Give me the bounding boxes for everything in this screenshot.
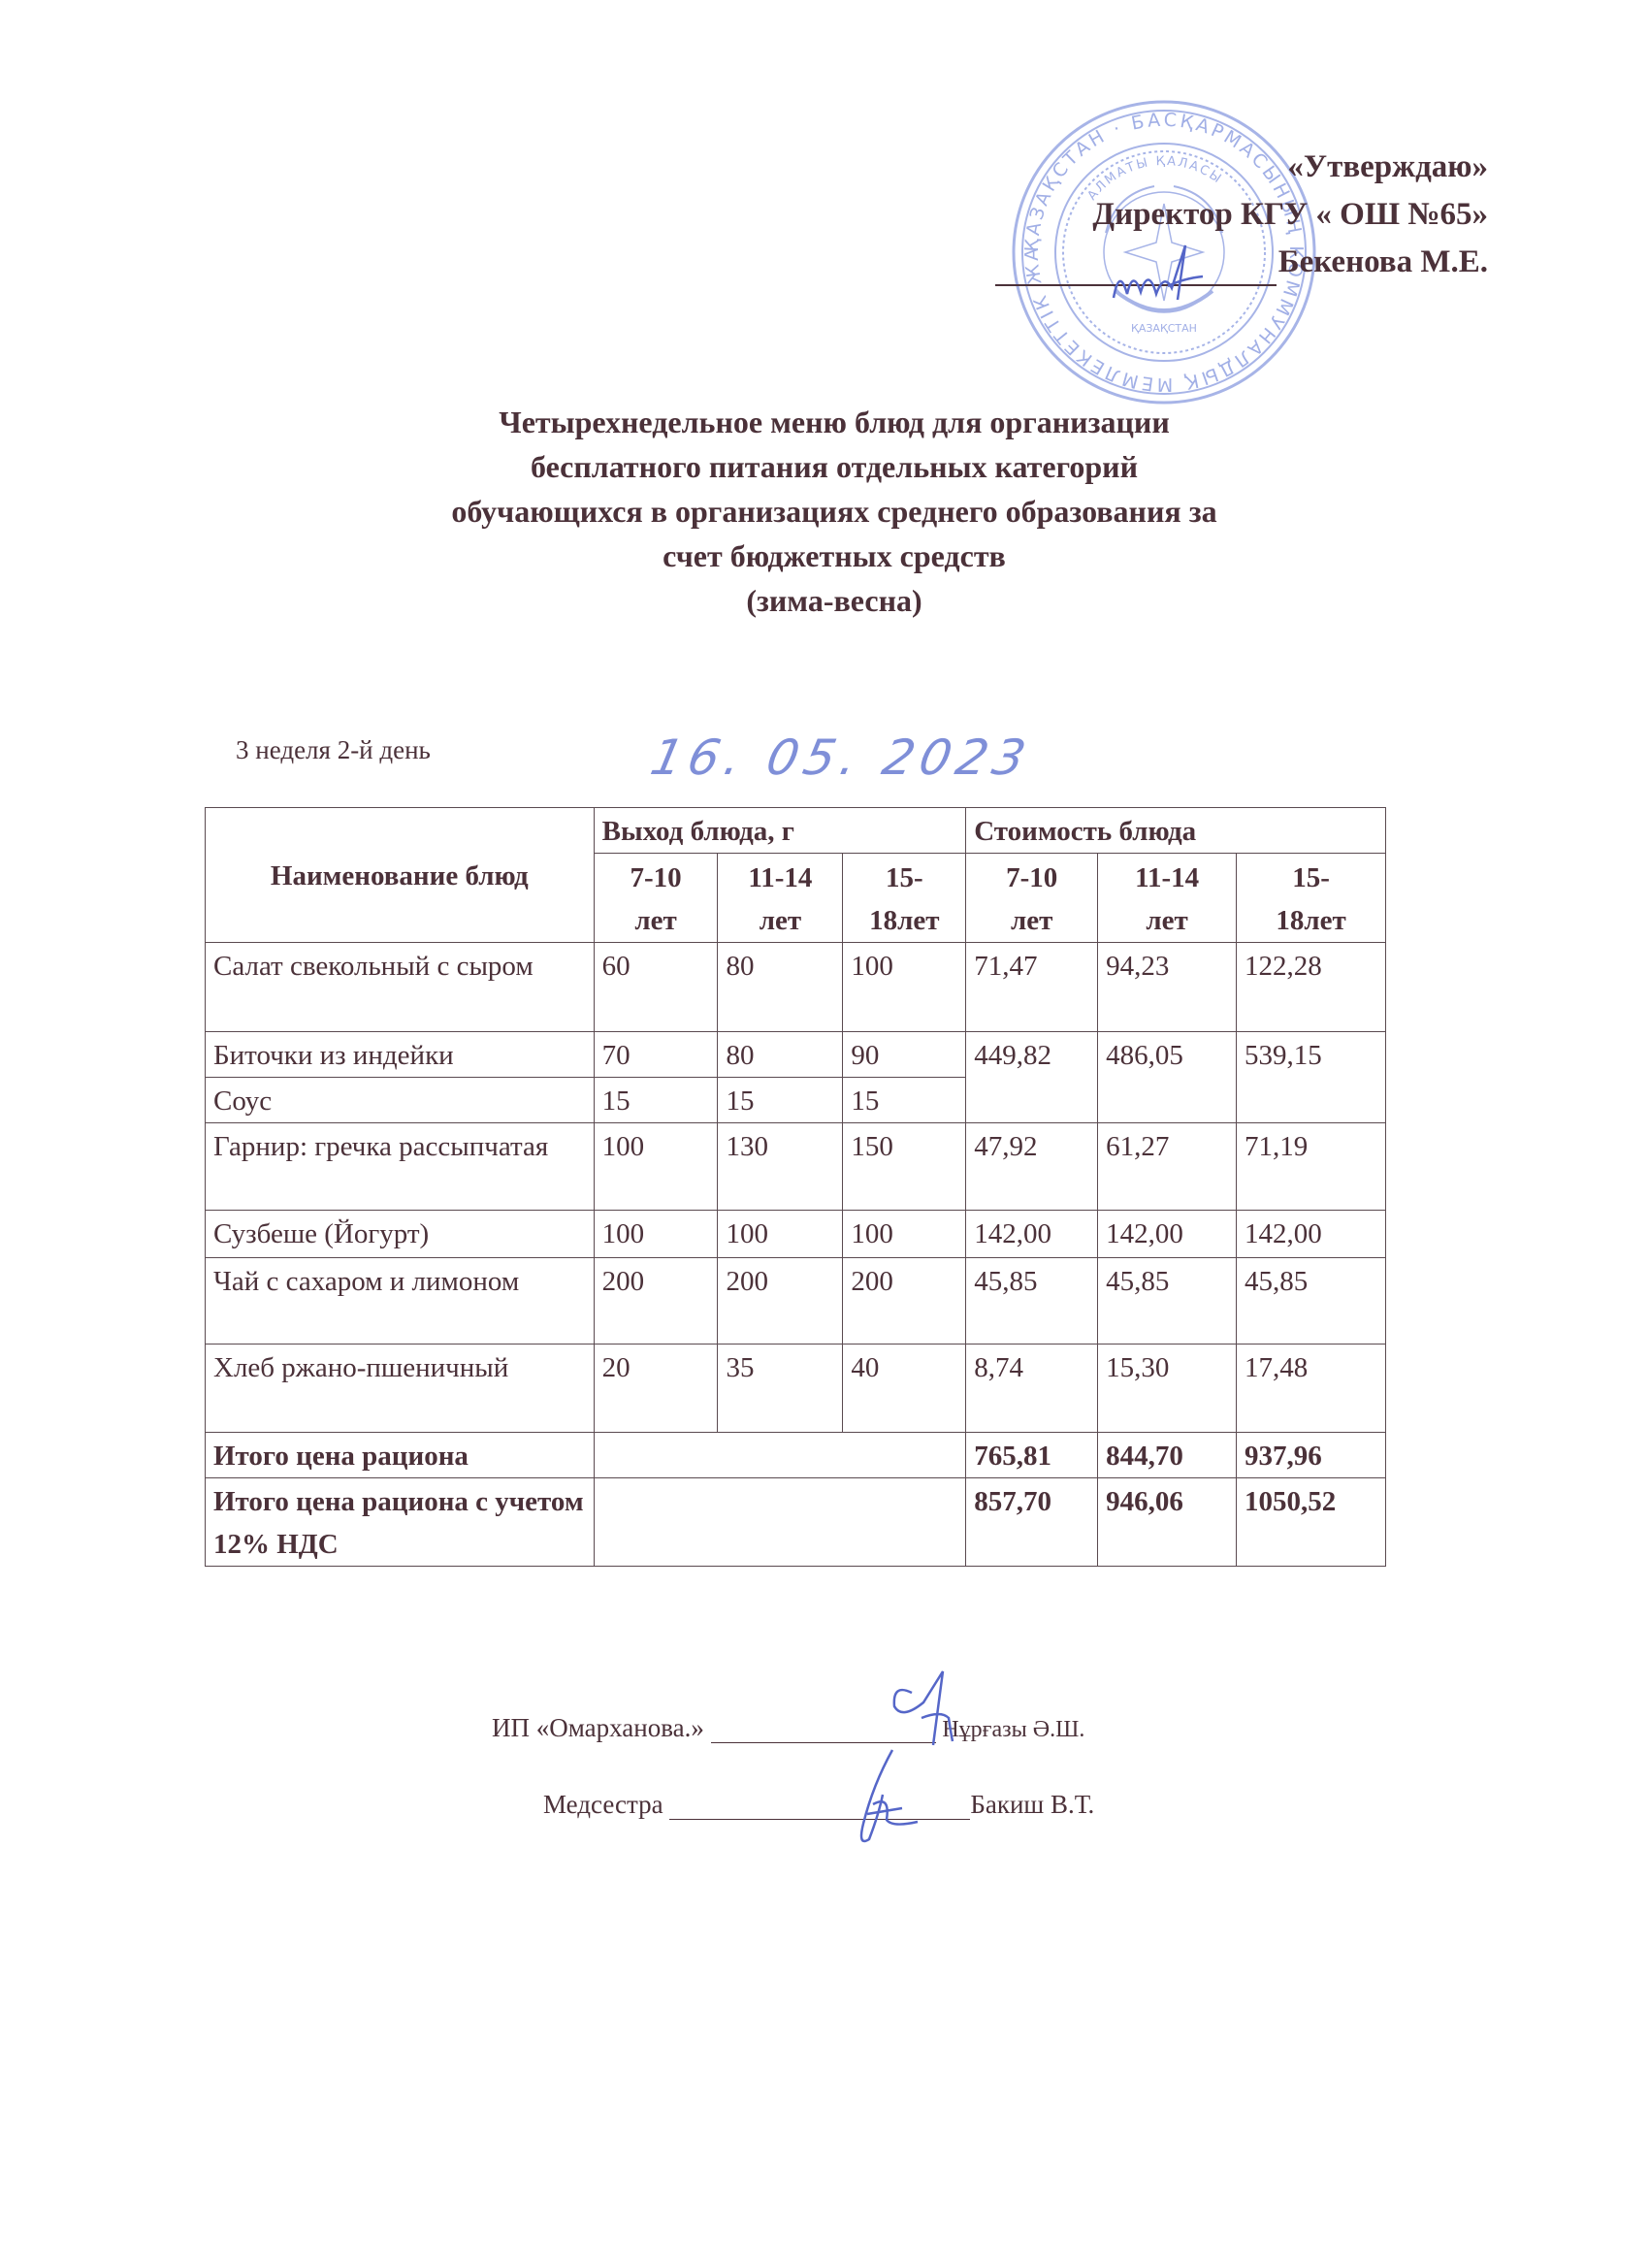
yield-cell: 150 [843,1123,966,1211]
cost-cell: 486,05 [1098,1032,1237,1123]
yield-cell: 15 [718,1078,843,1123]
nurse-signature-icon [824,1746,931,1853]
cost-cell: 142,00 [1237,1211,1386,1258]
header-age-yield-15-18: 15-18лет [843,854,966,943]
header-age-cost-15-18: 15-18лет [1237,854,1386,943]
cost-cell: 71,19 [1237,1123,1386,1211]
approval-signer-line: Бекенова М.Е. [995,239,1488,286]
week-day-label: 3 неделя 2-й день [236,735,431,765]
title-line: обучающихся в организациях среднего обра… [291,489,1377,534]
header-yield: Выход блюда, г [594,808,966,854]
cost-cell: 45,85 [1098,1258,1237,1345]
yield-cell: 40 [843,1345,966,1433]
yield-cell: 100 [843,1211,966,1258]
yield-cell: 60 [594,943,718,1032]
cost-cell: 15,30 [1098,1345,1237,1433]
dish-name: Хлеб ржано-пшеничный [206,1345,595,1433]
dish-name: Чай с сахаром и лимоном [206,1258,595,1345]
yield-cell: 100 [594,1211,718,1258]
stamp-center-text: ҚАЗАҚСТАН [1131,322,1197,335]
total-cost-cell: 937,96 [1237,1433,1386,1478]
total-vat-label: Итого цена рациона с учетом 12% НДС [206,1478,595,1567]
cost-cell: 539,15 [1237,1032,1386,1123]
menu-table: Наименование блюд Выход блюда, г Стоимос… [205,807,1386,1567]
title-line: (зима-весна) [291,578,1377,623]
cost-cell: 142,00 [966,1211,1098,1258]
yield-cell: 90 [843,1032,966,1078]
total-vat-cost-cell: 1050,52 [1237,1478,1386,1567]
nurse-name: Бакиш В.Т. [970,1790,1094,1819]
table-row: Сузбеше (Йогурт) 100 100 100 142,00 142,… [206,1211,1386,1258]
total-row: Итого цена рациона 765,81 844,70 937,96 [206,1433,1386,1478]
approval-heading: «Утверждаю» [995,144,1488,191]
yield-cell: 200 [718,1258,843,1345]
cost-cell: 61,27 [1098,1123,1237,1211]
title-line: Четырехнедельное меню блюд для организац… [291,400,1377,444]
yield-cell: 200 [594,1258,718,1345]
table-row: Гарнир: гречка рассыпчатая 100 130 150 4… [206,1123,1386,1211]
cost-cell: 71,47 [966,943,1098,1032]
supplier-signature-row: ИП «Омарханова.» Нұрғазы Ә.Ш. [492,1713,1084,1743]
approval-block: «Утверждаю» Директор КГУ « ОШ №65» Бекен… [995,144,1488,286]
yield-cell: 15 [594,1078,718,1123]
cost-cell: 17,48 [1237,1345,1386,1433]
director-signature-icon [1106,238,1222,315]
cost-cell: 142,00 [1098,1211,1237,1258]
total-cost-cell: 765,81 [966,1433,1098,1478]
cost-cell: 449,82 [966,1032,1098,1123]
total-vat-cost-cell: 946,06 [1098,1478,1237,1567]
supplier-signature-icon [873,1664,980,1751]
table-row: Чай с сахаром и лимоном 200 200 200 45,8… [206,1258,1386,1345]
title-line: счет бюджетных средств [291,534,1377,578]
yield-cell: 80 [718,1032,843,1078]
approval-position: Директор КГУ « ОШ №65» [995,191,1488,239]
dish-name: Сузбеше (Йогурт) [206,1211,595,1258]
total-vat-cost-cell: 857,70 [966,1478,1098,1567]
cost-cell: 45,85 [1237,1258,1386,1345]
header-age-cost-11-14: 11-14лет [1098,854,1237,943]
cost-cell: 94,23 [1098,943,1237,1032]
yield-cell: 130 [718,1123,843,1211]
yield-cell: 35 [718,1345,843,1433]
cost-cell: 47,92 [966,1123,1098,1211]
total-cost-cell: 844,70 [1098,1433,1237,1478]
header-age-yield-11-14: 11-14лет [718,854,843,943]
header-dish-name: Наименование блюд [206,808,595,943]
yield-cell: 20 [594,1345,718,1433]
yield-cell: 200 [843,1258,966,1345]
dish-name: Соус [206,1078,595,1123]
yield-cell: 70 [594,1032,718,1078]
document-title: Четырехнедельное меню блюд для организац… [291,400,1377,623]
cost-cell: 8,74 [966,1345,1098,1433]
yield-cell: 100 [843,943,966,1032]
total-vat-empty-cell [594,1478,966,1567]
yield-cell: 100 [594,1123,718,1211]
handwritten-date: 16. 05. 2023 [646,729,1036,786]
yield-cell: 80 [718,943,843,1032]
total-vat-row: Итого цена рациона с учетом 12% НДС 857,… [206,1478,1386,1567]
cost-cell: 122,28 [1237,943,1386,1032]
cost-cell: 45,85 [966,1258,1098,1345]
header-age-cost-7-10: 7-10лет [966,854,1098,943]
header-age-yield-7-10: 7-10лет [594,854,718,943]
total-label: Итого цена рациона [206,1433,595,1478]
yield-cell: 100 [718,1211,843,1258]
dish-name: Биточки из индейки [206,1032,595,1078]
dish-name: Салат свекольный с сыром [206,943,595,1032]
header-cost: Стоимость блюда [966,808,1386,854]
nurse-signature-row: Медсестра Бакиш В.Т. [543,1790,1094,1820]
supplier-role: ИП «Омарханова.» [492,1713,704,1742]
title-line: бесплатного питания отдельных категорий [291,444,1377,489]
table-row: Хлеб ржано-пшеничный 20 35 40 8,74 15,30… [206,1345,1386,1433]
table-row: Салат свекольный с сыром 60 80 100 71,47… [206,943,1386,1032]
dish-name: Гарнир: гречка рассыпчатая [206,1123,595,1211]
table-row: Биточки из индейки 70 80 90 449,82 486,0… [206,1032,1386,1078]
yield-cell: 15 [843,1078,966,1123]
nurse-role: Медсестра [543,1790,663,1819]
total-empty-cell [594,1433,966,1478]
approval-signer: Бекенова М.Е. [1278,244,1488,279]
